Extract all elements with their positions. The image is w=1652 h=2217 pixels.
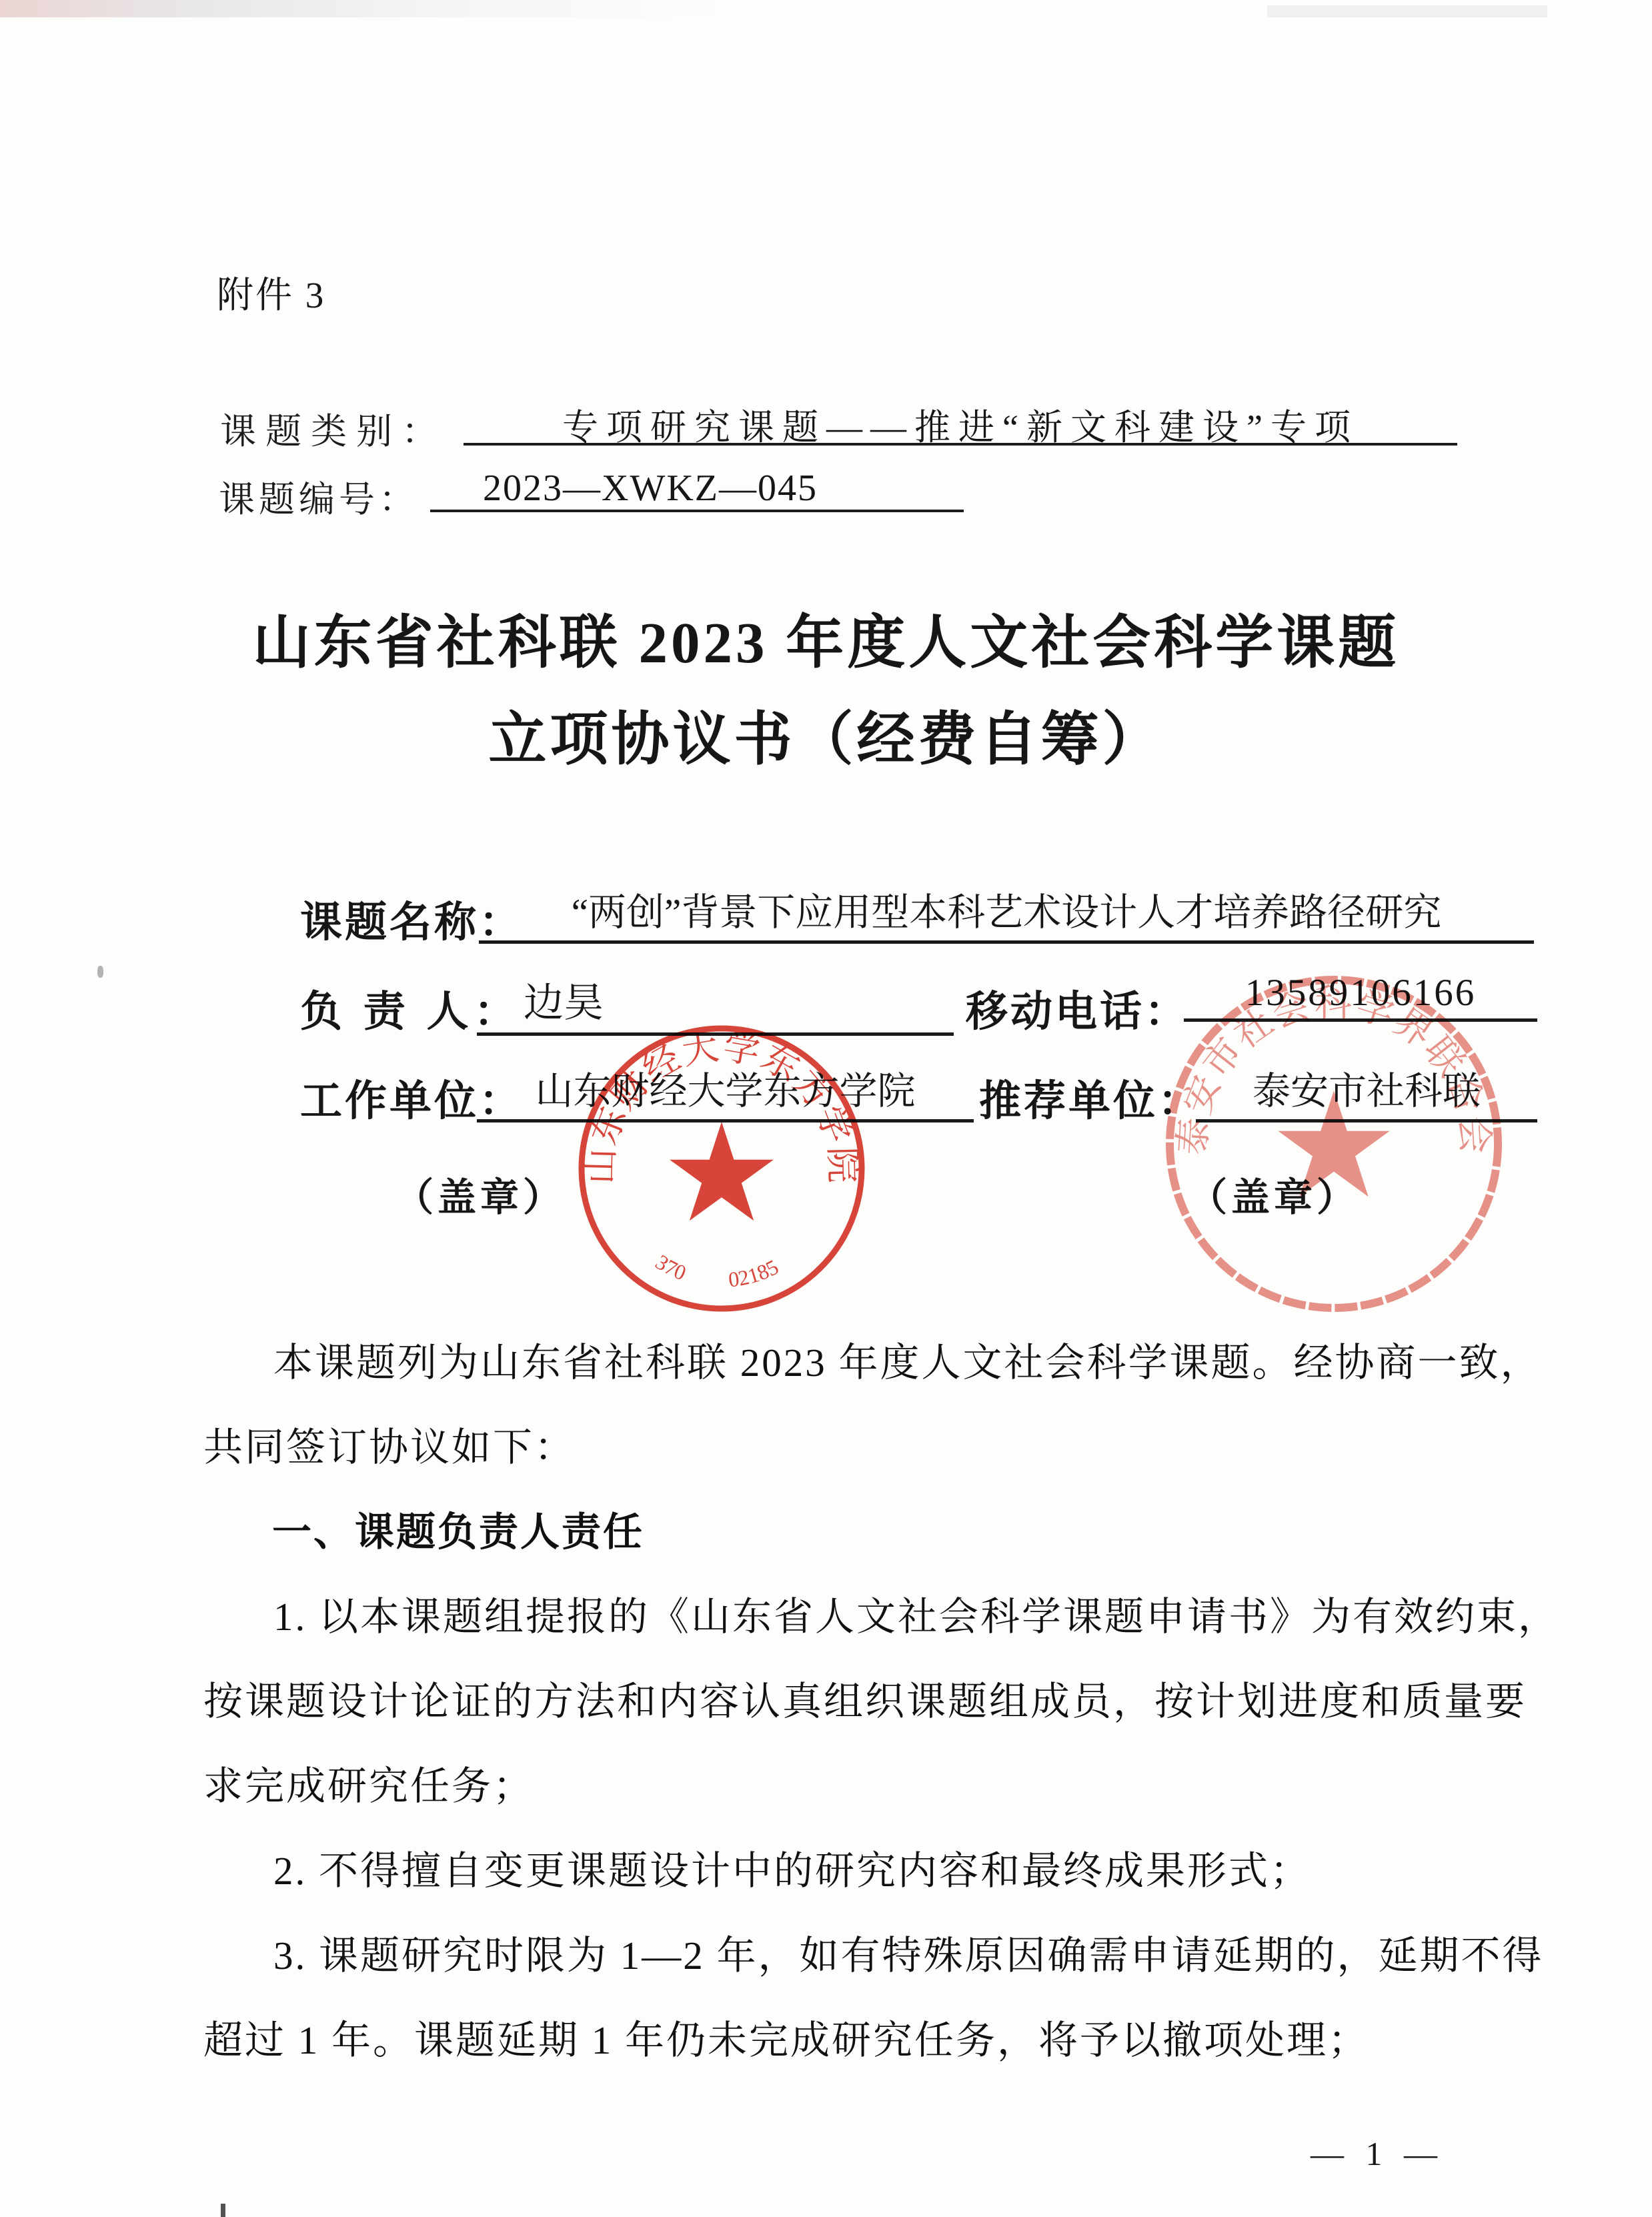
category-label: 课题类别： <box>220 403 447 454</box>
seal-note-left: （盖章） <box>395 1166 566 1222</box>
official-stamp-left: 山东财经大学东方学院 370 02185 <box>575 1022 868 1315</box>
section-heading: 一、课题负责人责任 <box>272 1500 644 1557</box>
document-page: 附件 3 课题类别： 专项研究课题——推进“新文科建设”专项 课题编号： 202… <box>0 0 1652 2217</box>
item1-line-2: 按课题设计论证的方法和内容认真组织课题组成员，按计划进度和质量要 <box>203 1669 1527 1726</box>
intro-line-2: 共同签订协议如下： <box>203 1415 576 1472</box>
scan-mark-bottom <box>221 2204 225 2217</box>
star-icon <box>1278 1090 1389 1197</box>
phone-label: 移动电话： <box>966 978 1189 1038</box>
svg-text:370 02185: 370 02185 <box>652 1244 798 1292</box>
item2-line: 2. 不得擅自变更课题设计中的研究内容和最终成果形式； <box>273 1839 1311 1896</box>
stamp-serial-left-part: 370 <box>652 1250 690 1285</box>
doc-title-line2: 立项协议书（经费自筹） <box>0 692 1652 776</box>
item3-line-1: 3. 课题研究时限为 1—2 年，如有特殊原因确需申请延期的，延期不得 <box>273 1924 1544 1980</box>
doc-title-line1: 山东省社科联 2023 年度人文社会科学课题 <box>0 596 1652 679</box>
stamp-serial-right-part: 02185 <box>727 1255 782 1292</box>
item1-line-1: 1. 以本课题组提报的《山东省人文社会科学课题申请书》为有效约束， <box>273 1585 1559 1641</box>
item3-line-2: 超过 1 年。课题延期 1 年仍未完成研究任务，将予以撤项处理； <box>203 2008 1369 2065</box>
page-number: — 1 — <box>1311 2134 1444 2173</box>
project-number-label: 课题编号： <box>219 471 419 522</box>
intro-line-1: 本课题列为山东省社科联 2023 年度人文社会科学课题。经协商一致， <box>273 1331 1542 1387</box>
attachment-label: 附件 3 <box>217 265 325 318</box>
category-value: 专项研究课题——推进“新文科建设”专项 <box>464 399 1457 446</box>
item1-line-3: 求完成研究任务； <box>203 1754 534 1811</box>
project-name-value: “两创”背景下应用型本科艺术设计人才培养路径研究 <box>479 882 1534 944</box>
scan-mark-left-edge <box>97 966 103 978</box>
scan-smudge-top-right <box>1267 5 1547 17</box>
official-stamp-right: 泰安市社会科学界联合会 <box>1160 970 1507 1317</box>
project-number-value: 2023—XWKZ—045 <box>430 467 964 512</box>
scan-smudge-top <box>0 0 967 17</box>
star-icon <box>670 1122 774 1221</box>
